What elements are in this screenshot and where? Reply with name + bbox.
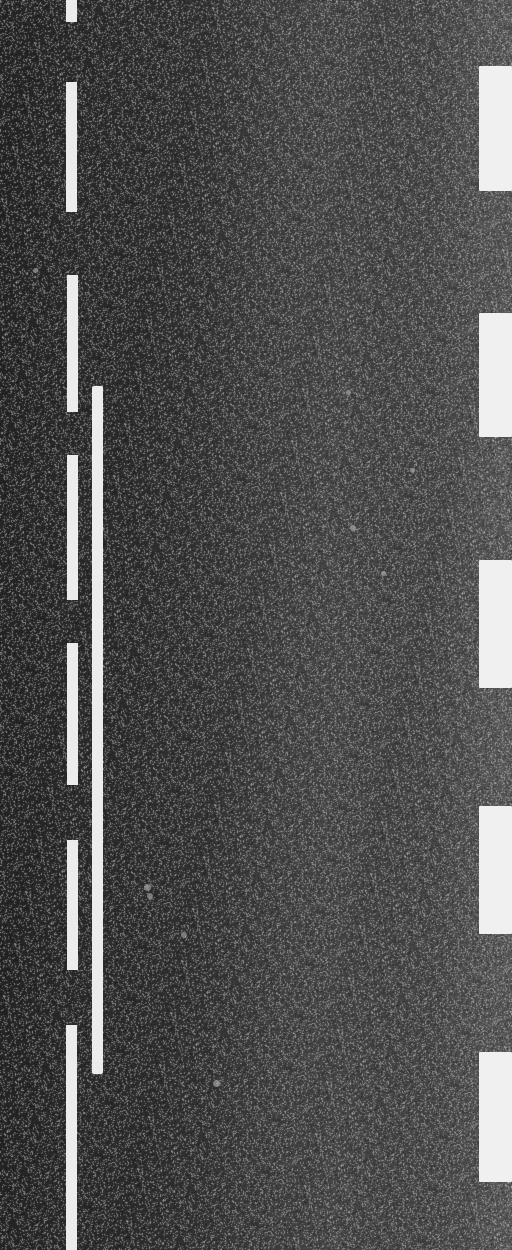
asphalt-stain <box>33 268 38 273</box>
asphalt-stain <box>213 1080 220 1087</box>
dashed-lane-segment <box>66 1025 77 1250</box>
road-aerial-view <box>0 0 512 1250</box>
edge-marking-block <box>479 1052 512 1182</box>
asphalt-stain <box>381 571 386 576</box>
dashed-lane-segment <box>66 0 77 22</box>
asphalt-stain <box>410 468 415 473</box>
asphalt-stain <box>181 932 187 938</box>
asphalt-stain <box>350 525 356 531</box>
edge-marking-block <box>479 66 512 191</box>
dashed-lane-segment <box>67 455 78 600</box>
edge-marking-block <box>479 560 512 688</box>
dashed-lane-segment <box>67 275 78 412</box>
dashed-lane-segment <box>66 82 77 212</box>
edge-marking-block <box>479 806 512 934</box>
solid-lane-line <box>92 386 103 1074</box>
edge-marking-block <box>479 313 512 437</box>
dashed-lane-segment <box>67 840 78 970</box>
asphalt-stain <box>144 884 151 891</box>
asphalt-stain <box>346 390 351 395</box>
asphalt-stain <box>147 893 153 899</box>
dashed-lane-segment <box>67 643 78 785</box>
